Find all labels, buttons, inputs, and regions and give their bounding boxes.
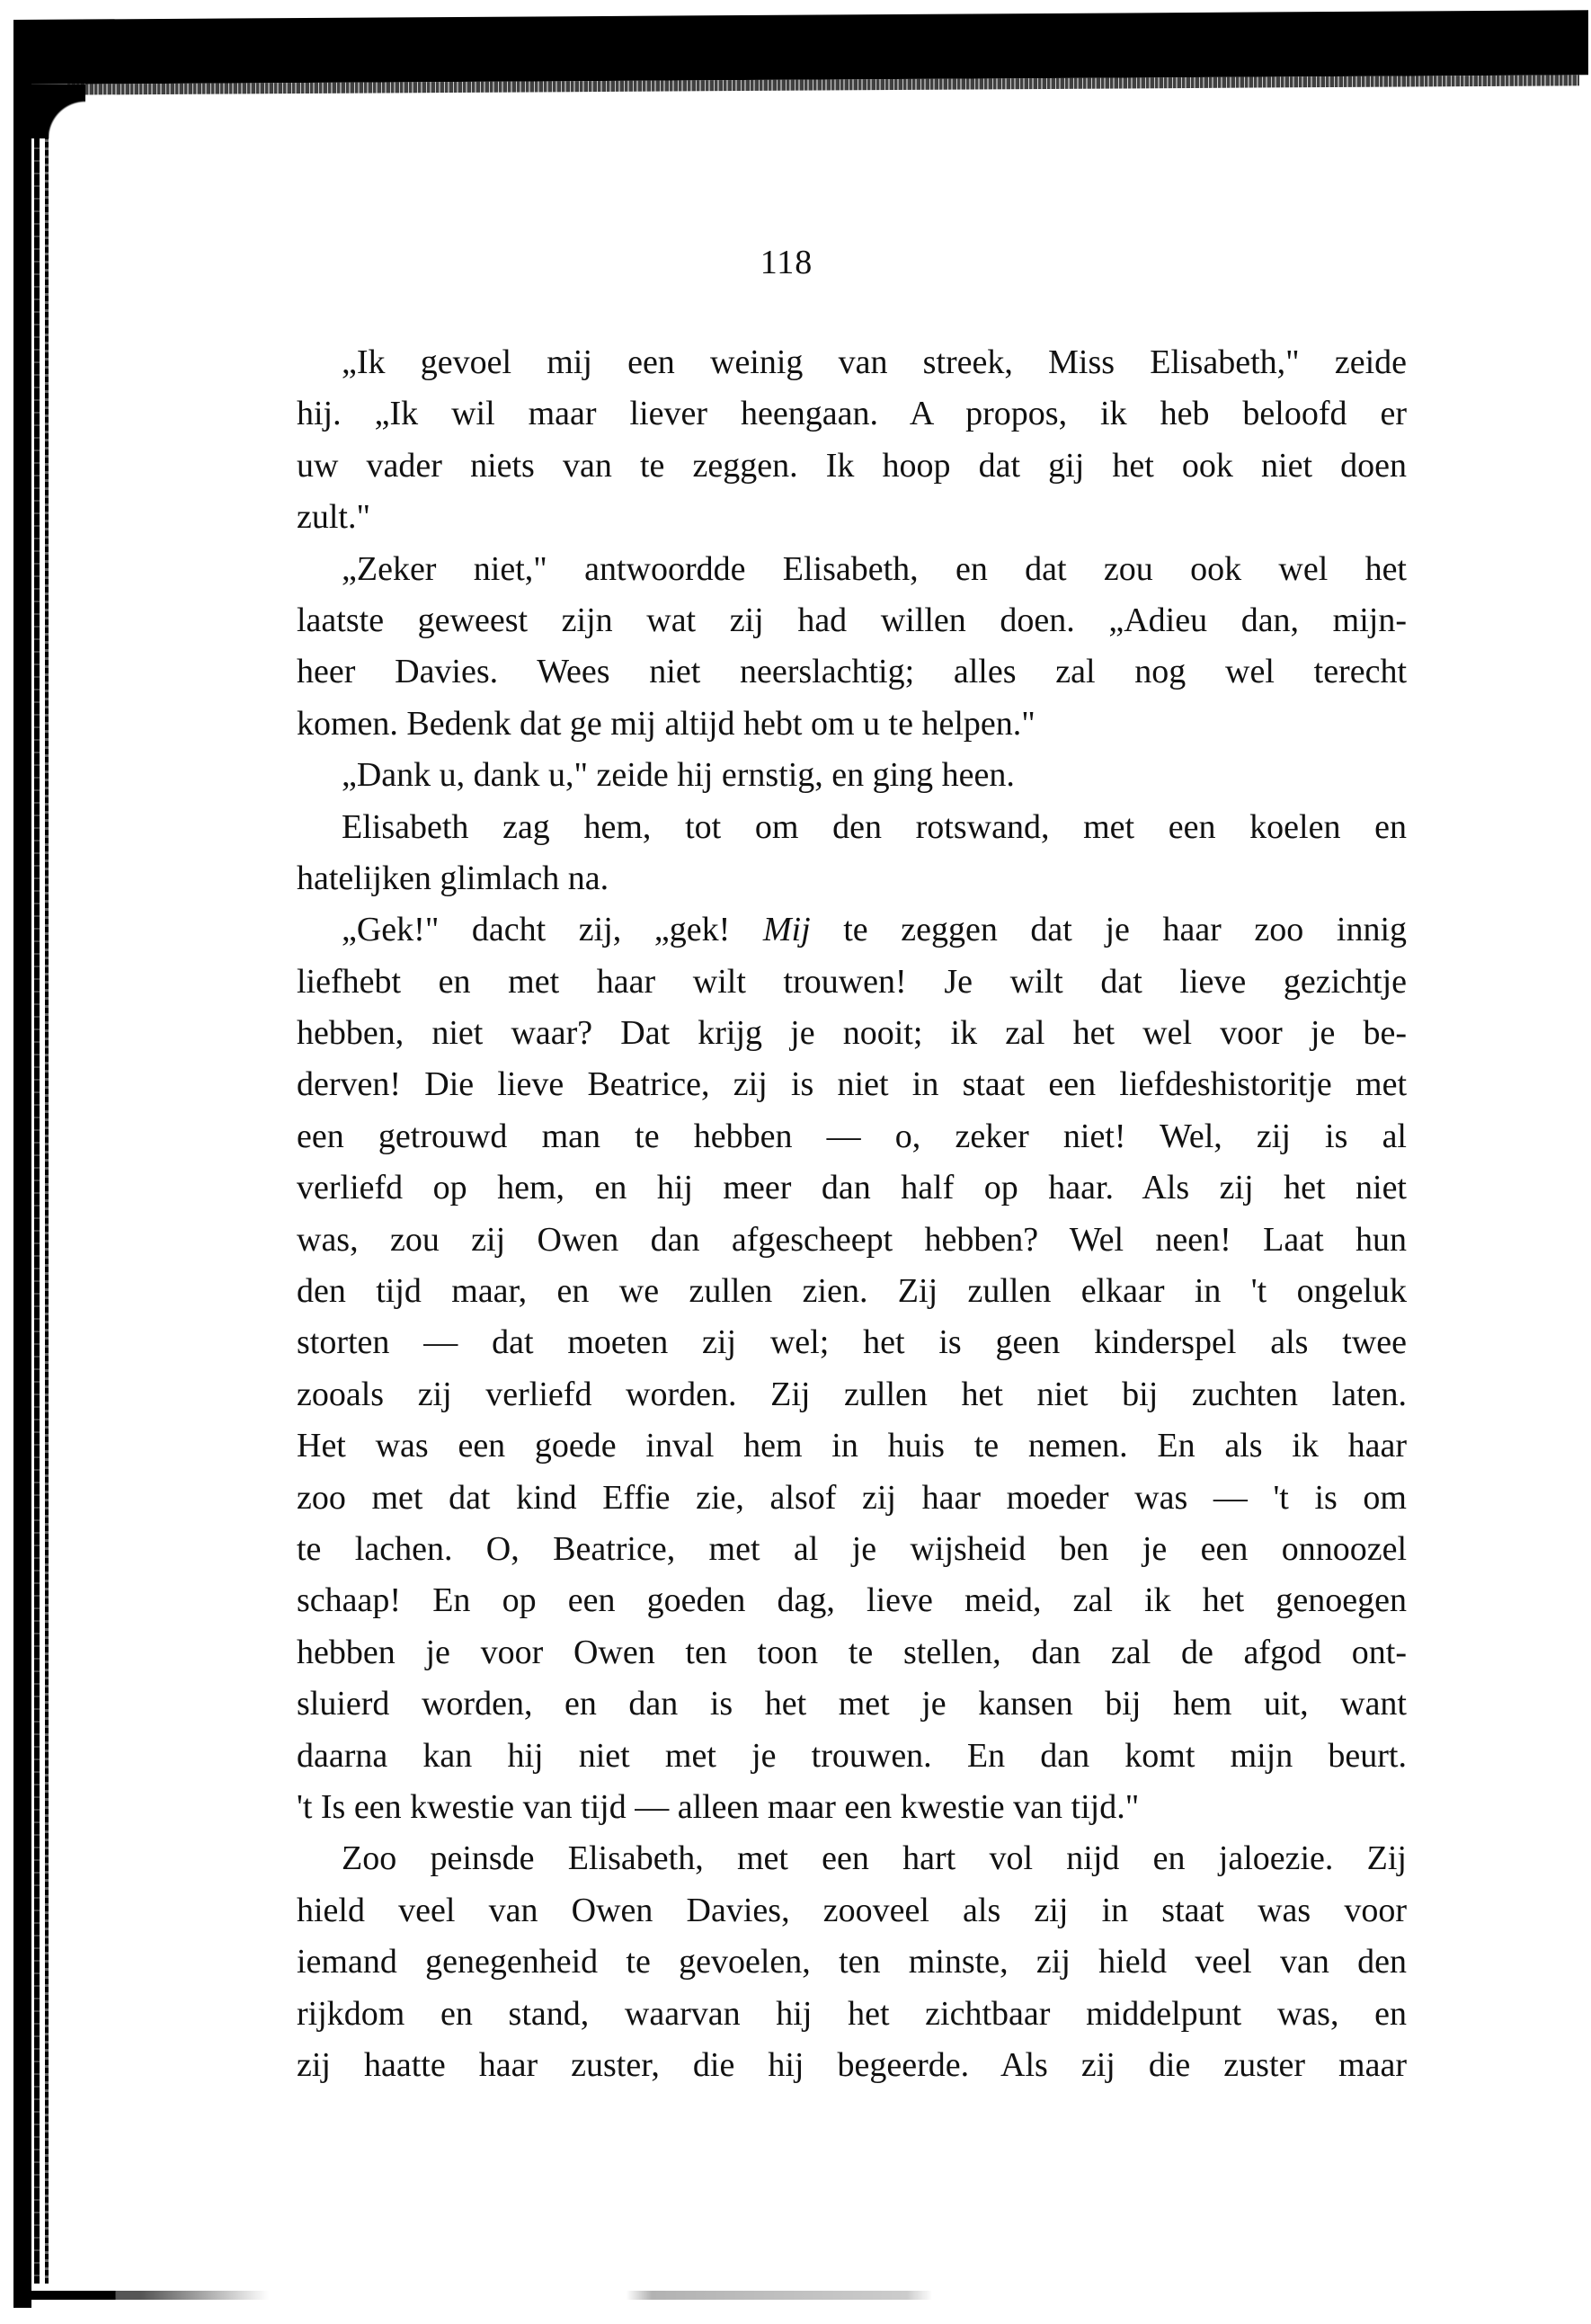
text-line: een getrouwd man te hebben — o, zeker ni… [297, 1111, 1407, 1162]
text-line: sluierd worden, en dan is het met je kan… [297, 1678, 1407, 1730]
emphasis: Mij [763, 911, 811, 948]
text-line: hij. „Ik wil maar liever heengaan. A pro… [297, 388, 1407, 440]
text-line: storten — dat moeten zij wel; het is gee… [297, 1317, 1407, 1368]
text-line: zij haatte haar zuster, die hij begeerde… [297, 2040, 1407, 2091]
text-line: komen. Bedenk dat ge mij altijd hebt om … [297, 699, 1407, 750]
text-line: te lachen. O, Beatrice, met al je wijshe… [297, 1524, 1407, 1575]
text-line: Zoo peinsde Elisabeth, met een hart vol … [297, 1833, 1407, 1884]
scan-border-left [13, 20, 31, 2308]
scan-border-binding-shadow [45, 108, 49, 2284]
text-line: laatste geweest zijn wat zij had willen … [297, 595, 1407, 646]
scan-border-top [13, 10, 1588, 85]
text-line: was, zou zij Owen dan afgescheept hebben… [297, 1215, 1407, 1266]
text-line: 't Is een kwestie van tijd — alleen maar… [297, 1782, 1407, 1833]
scan-border-bottom [13, 2291, 1290, 2300]
text-line: rijkdom en stand, waarvan hij het zichtb… [297, 1989, 1407, 2040]
text-line: iemand genegenheid te gevoelen, ten mins… [297, 1937, 1407, 1988]
scan-border-binding-shadow [34, 108, 40, 2284]
text-line: verliefd op hem, en hij meer dan half op… [297, 1162, 1407, 1214]
text-line: „Gek!" dacht zij, „gek! Mij te zeggen da… [297, 904, 1407, 956]
text-line: „Ik gevoel mij een weinig van streek, Mi… [297, 337, 1407, 388]
text-line: Het was een goede inval hem in huis te n… [297, 1420, 1407, 1472]
text-line: heer Davies. Wees niet neerslachtig; all… [297, 646, 1407, 698]
text-line: „Zeker niet," antwoordde Elisabeth, en d… [297, 544, 1407, 595]
text-line: uw vader niets van te zeggen. Ik hoop da… [297, 441, 1407, 492]
text-line: derven! Die lieve Beatrice, zij is niet … [297, 1059, 1407, 1110]
text-line: „Dank u, dank u," zeide hij ernstig, en … [297, 750, 1407, 801]
text-line: zooals zij verliefd worden. Zij zullen h… [297, 1369, 1407, 1420]
text-line: schaap! En op een goeden dag, lieve meid… [297, 1575, 1407, 1626]
text-line: hebben, niet waar? Dat krijg je nooit; i… [297, 1008, 1407, 1059]
text-line: liefhebt en met haar wilt trouwen! Je wi… [297, 957, 1407, 1008]
text-line: daarna kan hij niet met je trouwen. En d… [297, 1731, 1407, 1782]
body-text: „Ik gevoel mij een weinig van streek, Mi… [297, 337, 1407, 2091]
text-line: hield veel van Owen Davies, zooveel als … [297, 1885, 1407, 1937]
text-line: zult." [297, 492, 1407, 543]
text-line: hebben je voor Owen ten toon te stellen,… [297, 1627, 1407, 1678]
text-line: den tijd maar, en we zullen zien. Zij zu… [297, 1266, 1407, 1317]
text-line: hatelijken glimlach na. [297, 853, 1407, 904]
page-number: 118 [0, 243, 1591, 282]
text-line: zoo met dat kind Effie zie, alsof zij ha… [297, 1473, 1407, 1524]
scan-border-corner [31, 85, 85, 138]
text-line: Elisabeth zag hem, tot om den rotswand, … [297, 802, 1407, 853]
